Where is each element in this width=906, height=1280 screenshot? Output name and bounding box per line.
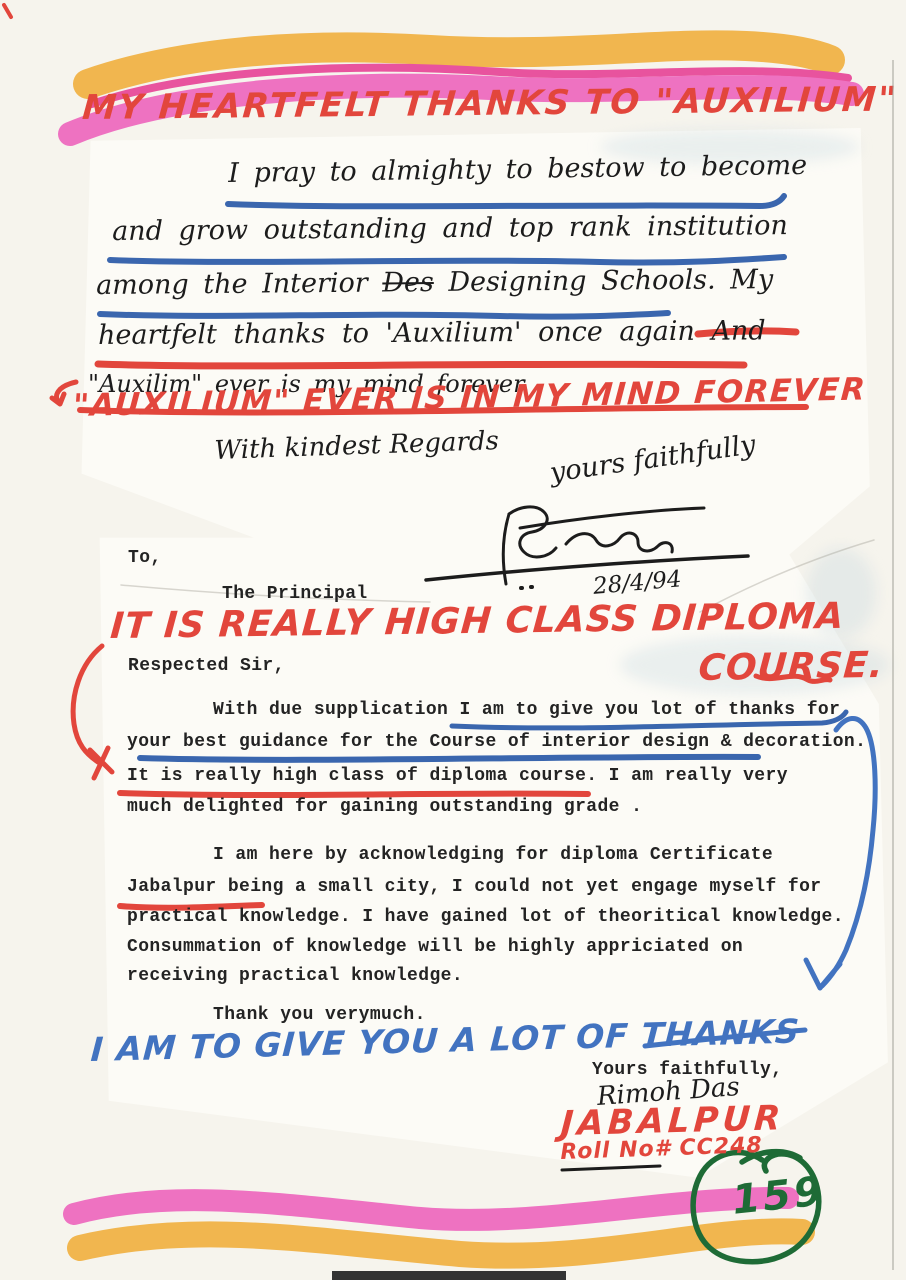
scan-edge-right: [892, 60, 894, 1270]
letter-para1-line2: your best guidance for the Course of int…: [127, 732, 866, 752]
scanned-letter-page: MY HEARTFELT THANKS TO "AUXILIUM" I pray…: [0, 0, 906, 1280]
letter-para1-line3: It is really high class of diploma cours…: [127, 766, 788, 786]
handwritten-line-3-pre: among the Interior: [96, 268, 382, 301]
page-number: 159: [730, 1168, 827, 1223]
top-heading: MY HEARTFELT THANKS TO "AUXILIUM": [81, 79, 899, 128]
handwritten-line-2: and grow outstanding and top rank instit…: [112, 210, 788, 247]
top-orange-highlight: [88, 45, 830, 84]
letter-para2-line5: receiving practical knowledge.: [127, 966, 463, 986]
handwritten-struck-word: Des: [382, 267, 434, 298]
handwritten-line-3: among the Interior Des Designing Schools…: [96, 264, 773, 301]
corner-red-tick: [4, 5, 11, 17]
handwritten-line-3-post: Designing Schools. My: [434, 264, 774, 298]
bottom-yellow-highlight: [80, 1231, 802, 1255]
letter-para1-line1: With due supplication I am to give you l…: [213, 700, 840, 720]
handwritten-line-4: heartfelt thanks to 'Auxilium' once agai…: [98, 315, 766, 351]
red-note-line-2: COURSE.: [697, 645, 885, 689]
letter-para2-line3: practical knowledge. I have gained lot o…: [127, 907, 844, 927]
letter-para1-line4: much delighted for gaining outstanding g…: [127, 797, 642, 817]
letter-para2-line2: Jabalpur being a small city, I could not…: [127, 877, 822, 897]
letter-para2-line1: I am here by acknowledging for diploma C…: [213, 845, 773, 865]
letter-to: To,: [128, 548, 162, 568]
letter-salutation: Respected Sir,: [128, 656, 285, 676]
scan-bar-bottom: [332, 1271, 566, 1280]
letter-recipient: The Principal: [222, 584, 368, 604]
bottom-pink-highlight: [74, 1198, 788, 1220]
letter-para2-line4: Consummation of knowledge will be highly…: [127, 937, 743, 957]
